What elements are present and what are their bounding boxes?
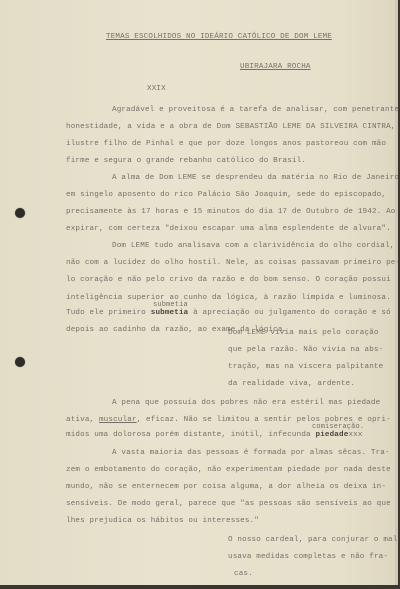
text-line: em singelo aposento do rico Palácio São … <box>66 191 386 200</box>
text-line: Tudo ele primeiro submetia à apreciação … <box>66 309 391 318</box>
text-line: inteligência superior ao cunho da lógica… <box>66 294 391 303</box>
punch-hole-bottom <box>15 357 25 367</box>
text-line: Dom LEME vivia mais pelo coração <box>228 329 379 338</box>
text-segment: à apreciação ou julgamento do coração e … <box>188 309 390 317</box>
text-line: da realidade viva, ardente. <box>228 380 355 389</box>
text-line: tração, mas na víscera palpitante <box>228 363 383 372</box>
chapter-number: XXIX <box>147 85 166 94</box>
text-line: O nosso cardeal, para conjurar o mal, <box>228 536 398 545</box>
text-line: expirar, com certeza "deixou escapar uma… <box>66 225 391 234</box>
text-line: A pena que possuía dos pobres não era es… <box>112 399 380 408</box>
text-line: lhes prejudica os hábitos ou interesses.… <box>66 517 259 526</box>
text-line: cas. <box>234 570 253 579</box>
document-author: UBIRAJARA ROCHA <box>240 63 311 72</box>
text-segment: xxx <box>348 431 362 439</box>
text-line: usava medidas completas e não fra- <box>228 553 388 562</box>
text-line: não com a lucidez do olho hostil. Nele, … <box>66 259 398 268</box>
page-edge <box>395 0 398 585</box>
underlined-word: muscular <box>99 416 137 424</box>
text-line: firme e segura o grande rebanho católico… <box>66 157 306 166</box>
text-line: honestidade, a vida e a obra de Dom SEBA… <box>66 123 396 132</box>
text-line: que pela razão. Não vivia na abs- <box>228 346 383 355</box>
text-segment: midos uma dolorosa porém distante, inúti… <box>66 431 315 439</box>
text-line: precisamente às 17 horas e 15 minutos do… <box>66 208 396 217</box>
text-line: lo coração e não pelo crivo da razão e d… <box>66 276 391 285</box>
text-line: zem o embotamento do coração, não experi… <box>66 466 391 475</box>
text-line: A vasta maioria das pessoas é formada po… <box>112 449 390 458</box>
text-line: mundo, não se enternecem por coisa algum… <box>66 483 386 492</box>
text-line: Dom LEME tudo analisava com a clarividên… <box>112 242 394 251</box>
text-segment: ativa, <box>66 416 99 424</box>
text-line: midos uma dolorosa porém distante, inúti… <box>66 431 363 440</box>
text-segment: Tudo ele primeiro <box>66 309 151 317</box>
struck-word: piedade <box>315 431 348 439</box>
text-line: A alma de Dom LEME se desprendeu da maté… <box>112 174 398 183</box>
text-line: Agradável e proveitosa é a tarefa de ana… <box>112 106 398 115</box>
typewritten-page: TEMAS ESCOLHIDOS NO IDEÁRIO CATÓLICO DE … <box>0 0 398 585</box>
punch-hole-top <box>15 208 25 218</box>
struck-word: submetia <box>151 309 189 317</box>
text-line: ilustre filho de Pinhal e que por doze l… <box>66 140 386 149</box>
text-line: sensíveis. De modo geral, parece que "as… <box>66 500 391 509</box>
document-title: TEMAS ESCOLHIDOS NO IDEÁRIO CATÓLICO DE … <box>106 33 332 42</box>
